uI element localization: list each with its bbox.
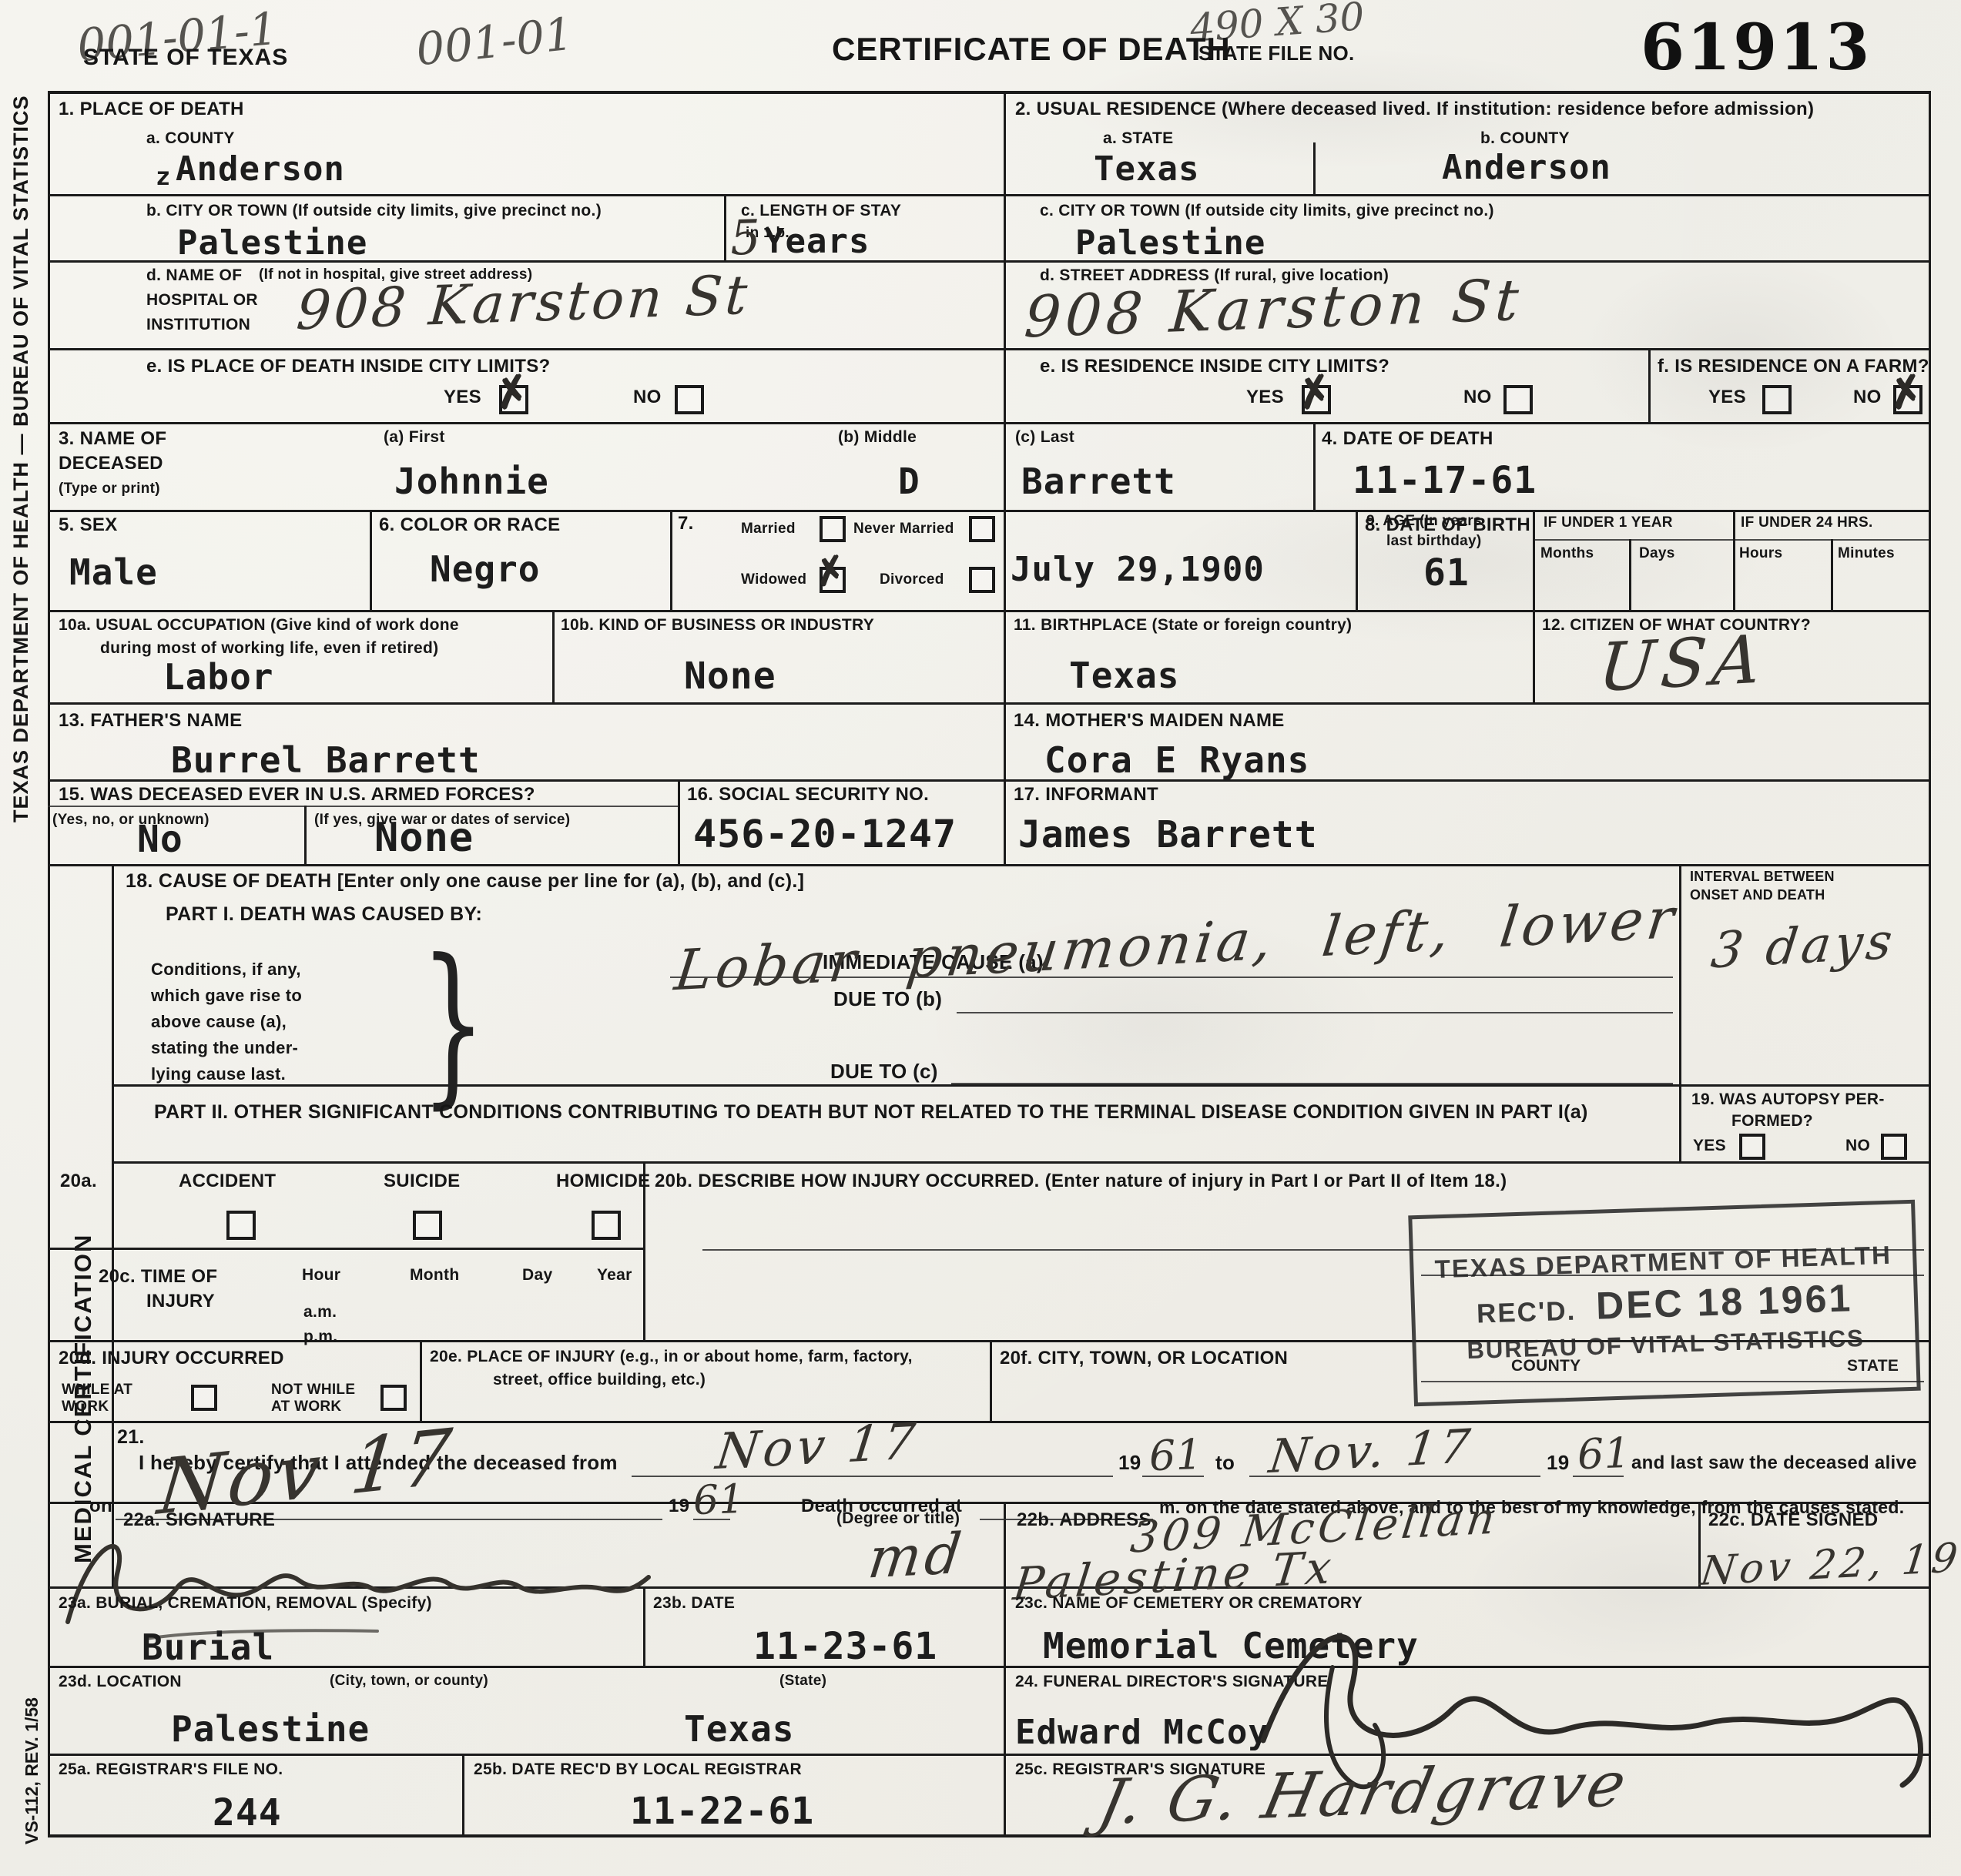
residence-limits-no-label: NO (1463, 387, 1492, 408)
rule-line (48, 1834, 1931, 1837)
hospital-label-2: HOSPITAL OR (146, 291, 258, 310)
first-name-value: Johnnie (394, 461, 549, 502)
due-to-b-label: DUE TO (b) (833, 987, 942, 1011)
marital-never-label: Never Married (853, 521, 954, 538)
stamp-date: DEC 18 1961 (1595, 1275, 1853, 1328)
location-city-sub-label: (City, town, or county) (330, 1673, 488, 1690)
hospital-label-3: INSTITUTION (146, 316, 250, 334)
rule-line (48, 91, 1931, 94)
month-label: Month (410, 1266, 459, 1285)
rule-line (1533, 610, 1535, 702)
industry-label: 10b. KIND OF BUSINESS OR INDUSTRY (561, 616, 874, 635)
suicide-label: SUICIDE (384, 1171, 460, 1192)
not-while-at-work-label-1: NOT WHILE (271, 1382, 355, 1399)
place-limits-no-checkbox[interactable] (675, 385, 704, 414)
injury-20c-label-1: 20c. TIME OF (99, 1266, 217, 1288)
injury-20a-label: 20a. (60, 1171, 97, 1192)
pm-label: p.m. (303, 1328, 337, 1346)
race-label: 6. COLOR OR RACE (379, 514, 560, 536)
not-while-at-work-label-2: AT WORK (271, 1399, 341, 1415)
place-limits-yes-label: YES (444, 387, 481, 408)
injury-20b-label: 20b. DESCRIBE HOW INJURY OCCURRED. (Ente… (655, 1171, 1507, 1192)
residence-limits-label: e. IS RESIDENCE INSIDE CITY LIMITS? (1040, 356, 1389, 377)
occupation-label-1: 10a. USUAL OCCUPATION (Give kind of work… (59, 616, 459, 635)
rule-line (370, 510, 372, 610)
rule-line (1629, 539, 1631, 610)
name-label-2: DECEASED (59, 453, 163, 474)
location-state-value: Texas (684, 1708, 794, 1750)
injury-20f-label: 20f. CITY, TOWN, OR LOCATION (1000, 1348, 1288, 1369)
rule-line (1004, 91, 1006, 864)
residence-farm-yes-label: YES (1708, 387, 1746, 408)
name-label-3: (Type or print) (59, 481, 160, 497)
autopsy-yes-checkbox[interactable] (1739, 1134, 1765, 1160)
father-label: 13. FATHER'S NAME (59, 710, 242, 732)
rule-line (48, 806, 678, 807)
residence-limits-yes-label: YES (1246, 387, 1284, 408)
sex-value: Male (69, 551, 158, 593)
rule-line (48, 864, 1929, 866)
date-of-death-value: 11-17-61 (1353, 459, 1537, 502)
part2-label: PART II. OTHER SIGNIFICANT CONDITIONS CO… (154, 1101, 1588, 1124)
injury-20e-label-1: 20e. PLACE OF INJURY (e.g., in or about … (430, 1348, 913, 1366)
am-label: a.m. (303, 1303, 337, 1322)
cause-of-death-label: 18. CAUSE OF DEATH [Enter only one cause… (126, 870, 804, 893)
degree-value: md (865, 1520, 969, 1590)
location-23d-label: 23d. LOCATION (59, 1673, 182, 1691)
state-file-number: 61913 (1641, 11, 1872, 85)
margin-department-label: TEXAS DEPARTMENT OF HEALTH — BUREAU OF V… (9, 206, 33, 822)
certify-year-3: 61 (692, 1476, 745, 1524)
race-value: Negro (430, 548, 540, 590)
injury-20c-label-2: INJURY (146, 1291, 215, 1312)
registrar-file-25a-label: 25a. REGISTRAR'S FILE NO. (59, 1760, 283, 1779)
injury-20d-label: 20d. INJURY OCCURRED (59, 1348, 284, 1369)
certify-19-b: 19 (1547, 1451, 1570, 1475)
rule-line (552, 610, 555, 702)
marital-widowed-label: Widowed (741, 571, 806, 588)
months-label: Months (1540, 545, 1594, 562)
while-at-work-checkbox[interactable] (191, 1385, 217, 1411)
rule-line (724, 194, 726, 260)
minutes-label: Minutes (1838, 545, 1895, 562)
mother-label: 14. MOTHER'S MAIDEN NAME (1014, 710, 1285, 732)
received-stamp: TEXAS DEPARTMENT OF HEALTH REC'D. DEC 18… (1408, 1200, 1920, 1407)
marital-divorced-checkbox[interactable] (969, 567, 995, 593)
injury-20e-label-2: street, office building, etc.) (493, 1371, 706, 1389)
pencil-annotation-mid: 001-01 (414, 8, 575, 76)
rule-line (48, 422, 1929, 424)
rule-line (1313, 142, 1316, 194)
autopsy-label-2: FORMED? (1731, 1112, 1813, 1131)
rule-line (48, 91, 50, 1837)
death-certificate-scan: 001-01-1 001-01 490 X 30 STATE OF TEXAS … (0, 0, 1961, 1876)
place-county-label: a. COUNTY (146, 129, 235, 148)
place-county-value: Anderson (176, 149, 345, 189)
rule-line (48, 194, 1929, 196)
rule-line (462, 1754, 464, 1834)
location-state-sub-label: (State) (779, 1673, 826, 1690)
rule-line (48, 1421, 1929, 1423)
last-name-label: (c) Last (1015, 428, 1074, 447)
rule-line (990, 1340, 992, 1421)
homicide-checkbox[interactable] (592, 1211, 621, 1240)
state-of-texas-label: STATE OF TEXAS (83, 45, 288, 71)
suicide-checkbox[interactable] (413, 1211, 442, 1240)
rule-line (1533, 510, 1535, 610)
citizen-value: USA (1596, 621, 1770, 707)
residence-city-value: Palestine (1075, 223, 1265, 263)
paper-blotch (1579, 254, 1902, 454)
accident-checkbox[interactable] (226, 1211, 256, 1240)
informant-label: 17. INFORMANT (1014, 784, 1158, 806)
middle-name-value: D (898, 461, 920, 502)
place-of-death-title: 1. PLACE OF DEATH (59, 99, 244, 120)
not-while-at-work-checkbox[interactable] (380, 1385, 407, 1411)
marital-widowed-checkbox[interactable]: ✗ (820, 567, 846, 593)
certify-year-2: 61 (1577, 1429, 1631, 1479)
length-of-stay-label: c. LENGTH OF STAY (741, 202, 901, 220)
autopsy-label-1: 19. WAS AUTOPSY PER- (1691, 1090, 1885, 1109)
marital-married-label: Married (741, 521, 796, 538)
age-label-2: last birthday) (1386, 533, 1482, 550)
conditions-line-3: above cause (a), (151, 1012, 287, 1032)
residence-city-label: c. CITY OR TOWN (If outside city limits,… (1040, 202, 1494, 220)
certify-19-c: 19 (669, 1496, 689, 1517)
due-to-c-label: DUE TO (c) (830, 1060, 938, 1084)
rule-line (1733, 510, 1735, 610)
residence-county-label: b. COUNTY (1480, 129, 1570, 148)
certify-year-1: 61 (1148, 1430, 1203, 1480)
brace-glyph: } (421, 950, 486, 1097)
marital-divorced-label: Divorced (880, 571, 944, 588)
state-file-no-label: STATE FILE NO. (1198, 42, 1355, 65)
burial-23a-label: 23a. BURIAL, CREMATION, REMOVAL (Specify… (59, 1594, 432, 1613)
rule-line (304, 806, 307, 864)
rule-line (48, 1248, 643, 1250)
certify-from-date: Nov 17 (713, 1413, 922, 1481)
certify-text-2: and last saw the deceased alive (1631, 1452, 1917, 1474)
date-signed-value: Nov 22, 1961 (1698, 1532, 1961, 1595)
length-of-stay-unit: Years (764, 222, 870, 261)
residence-state-value: Texas (1094, 149, 1199, 189)
rule-line (678, 779, 680, 864)
rule-line (112, 1084, 1929, 1087)
certify-on-label: on (89, 1496, 112, 1517)
place-limits-no-label: NO (633, 387, 662, 408)
occupation-value: Labor (163, 656, 273, 698)
interval-label-1: INTERVAL BETWEEN (1690, 869, 1835, 885)
marital-item-label: 7. (678, 513, 694, 534)
check-mark-icon: ✗ (811, 550, 849, 592)
ssn-label: 16. SOCIAL SECURITY NO. (687, 784, 929, 806)
rule-line (951, 1083, 1673, 1084)
place-city-label: b. CITY OR TOWN (If outside city limits,… (146, 202, 602, 220)
residence-farm-no-label: NO (1853, 387, 1882, 408)
armed-forces-sub-1: (Yes, no, or unknown) (52, 812, 210, 829)
hour-label: Hour (302, 1266, 340, 1285)
age-value: 61 (1423, 551, 1470, 595)
birthplace-label: 11. BIRTHPLACE (State or foreign country… (1014, 616, 1352, 635)
rule-line (48, 348, 1929, 350)
homicide-label: HOMICIDE (556, 1171, 650, 1192)
armed-forces-label: 15. WAS DECEASED EVER IN U.S. ARMED FORC… (59, 784, 535, 806)
rule-line (1313, 422, 1316, 510)
place-county-stray: z (156, 162, 171, 191)
under-1-year-label: IF UNDER 1 YEAR (1544, 514, 1673, 531)
rule-line (1831, 539, 1833, 610)
residence-county-value: Anderson (1442, 148, 1611, 187)
rule-line (1648, 348, 1651, 422)
sex-label: 5. SEX (59, 514, 118, 536)
autopsy-no-checkbox[interactable] (1881, 1134, 1907, 1160)
last-name-value: Barrett (1021, 461, 1176, 502)
rule-line (1533, 539, 1929, 541)
marital-never-checkbox[interactable] (969, 516, 995, 542)
burial-value: Burial (142, 1626, 274, 1668)
dob-value: July 29,1900 (1011, 550, 1265, 589)
while-at-work-label-1: WHILE AT (62, 1382, 132, 1399)
autopsy-no-label: NO (1845, 1137, 1870, 1155)
day-label: Day (522, 1266, 552, 1285)
page-title: CERTIFICATE OF DEATH (832, 31, 1231, 68)
certify-item-number: 21. (117, 1426, 145, 1449)
conditions-line-5: lying cause last. (151, 1064, 286, 1084)
hours-label: Hours (1739, 545, 1782, 562)
address-22b-label: 22b. ADDRESS (1017, 1509, 1151, 1531)
interval-label-2: ONSET AND DEATH (1690, 887, 1825, 903)
middle-name-label: (b) Middle (838, 428, 917, 447)
rule-line (1004, 1502, 1006, 1834)
armed-forces-value-2: None (374, 815, 474, 861)
hospital-label-1: d. NAME OF (146, 266, 242, 285)
stamp-line-3: BUREAU OF VITAL STATISTICS (1467, 1325, 1865, 1365)
marital-married-checkbox[interactable] (820, 516, 846, 542)
place-limits-yes-checkbox[interactable]: ✗ (499, 385, 528, 414)
under-24-hrs-label: IF UNDER 24 HRS. (1741, 514, 1873, 531)
residence-limits-yes-checkbox[interactable]: ✗ (1302, 385, 1331, 414)
rule-line (48, 610, 1929, 612)
age-label-1: 9. AGE (In years (1366, 513, 1482, 530)
date-of-death-label: 4. DATE OF DEATH (1322, 428, 1493, 450)
conditions-line-4: stating the under- (151, 1038, 298, 1058)
length-of-stay-number: 5 (729, 209, 762, 266)
rule-line (112, 1161, 1929, 1164)
certify-to-label: to (1215, 1451, 1235, 1475)
days-label: Days (1639, 545, 1675, 562)
residence-farm-yes-checkbox[interactable] (1762, 385, 1792, 414)
cause-a-value: Lobar pneumonia, left, lower (672, 886, 1681, 1003)
conditions-line-1: Conditions, if any, (151, 960, 301, 980)
burial-date-value: 11-23-61 (753, 1625, 937, 1668)
margin-form-number: VS-112, REV. 1/58 (22, 1613, 42, 1844)
informant-value: James Barrett (1018, 813, 1318, 856)
residence-title: 2. USUAL RESIDENCE (Where deceased lived… (1015, 99, 1814, 120)
year-label: Year (597, 1266, 632, 1285)
registrar-date-25b-label: 25b. DATE REC'D BY LOCAL REGISTRAR (474, 1760, 802, 1779)
autopsy-yes-label: YES (1693, 1137, 1726, 1155)
registrar-date-value: 11-22-61 (630, 1790, 814, 1833)
rule-line (420, 1340, 422, 1421)
residence-state-label: a. STATE (1103, 129, 1173, 148)
rule-line (670, 510, 672, 610)
conditions-line-2: which gave rise to (151, 986, 302, 1006)
residence-farm-no-checkbox[interactable]: ✗ (1893, 385, 1922, 414)
first-name-label: (a) First (384, 428, 445, 447)
rule-line (957, 1012, 1673, 1013)
occupation-label-2: during most of working life, even if ret… (100, 639, 438, 658)
mother-value: Cora E Ryans (1044, 739, 1309, 781)
interval-a-value: 3 days (1708, 913, 1899, 980)
rule-line (1356, 510, 1358, 610)
registrar-file-value: 244 (213, 1791, 282, 1834)
residence-limits-no-checkbox[interactable] (1503, 385, 1533, 414)
father-value: Burrel Barrett (171, 739, 481, 781)
location-city-value: Palestine (171, 1708, 370, 1750)
name-label-1: 3. NAME OF (59, 428, 166, 450)
armed-forces-value-1: No (137, 818, 183, 861)
date-signed-22c-label: 22c. DATE SIGNED (1708, 1509, 1878, 1531)
birthplace-value: Texas (1069, 655, 1179, 696)
rule-line (48, 510, 1929, 512)
accident-label: ACCIDENT (179, 1171, 276, 1192)
place-city-value: Palestine (177, 223, 367, 263)
certify-to-date: Nov. 17 (1266, 1419, 1477, 1484)
rule-line (112, 864, 114, 1586)
ssn-value: 456-20-1247 (693, 812, 957, 856)
stamp-recd-label: REC'D. (1476, 1296, 1576, 1330)
certify-19-a: 19 (1118, 1451, 1141, 1475)
burial-date-23b-label: 23b. DATE (653, 1594, 735, 1613)
while-at-work-label-2: WORK (62, 1399, 109, 1415)
rule-line (1679, 864, 1681, 1161)
industry-value: None (684, 655, 776, 698)
